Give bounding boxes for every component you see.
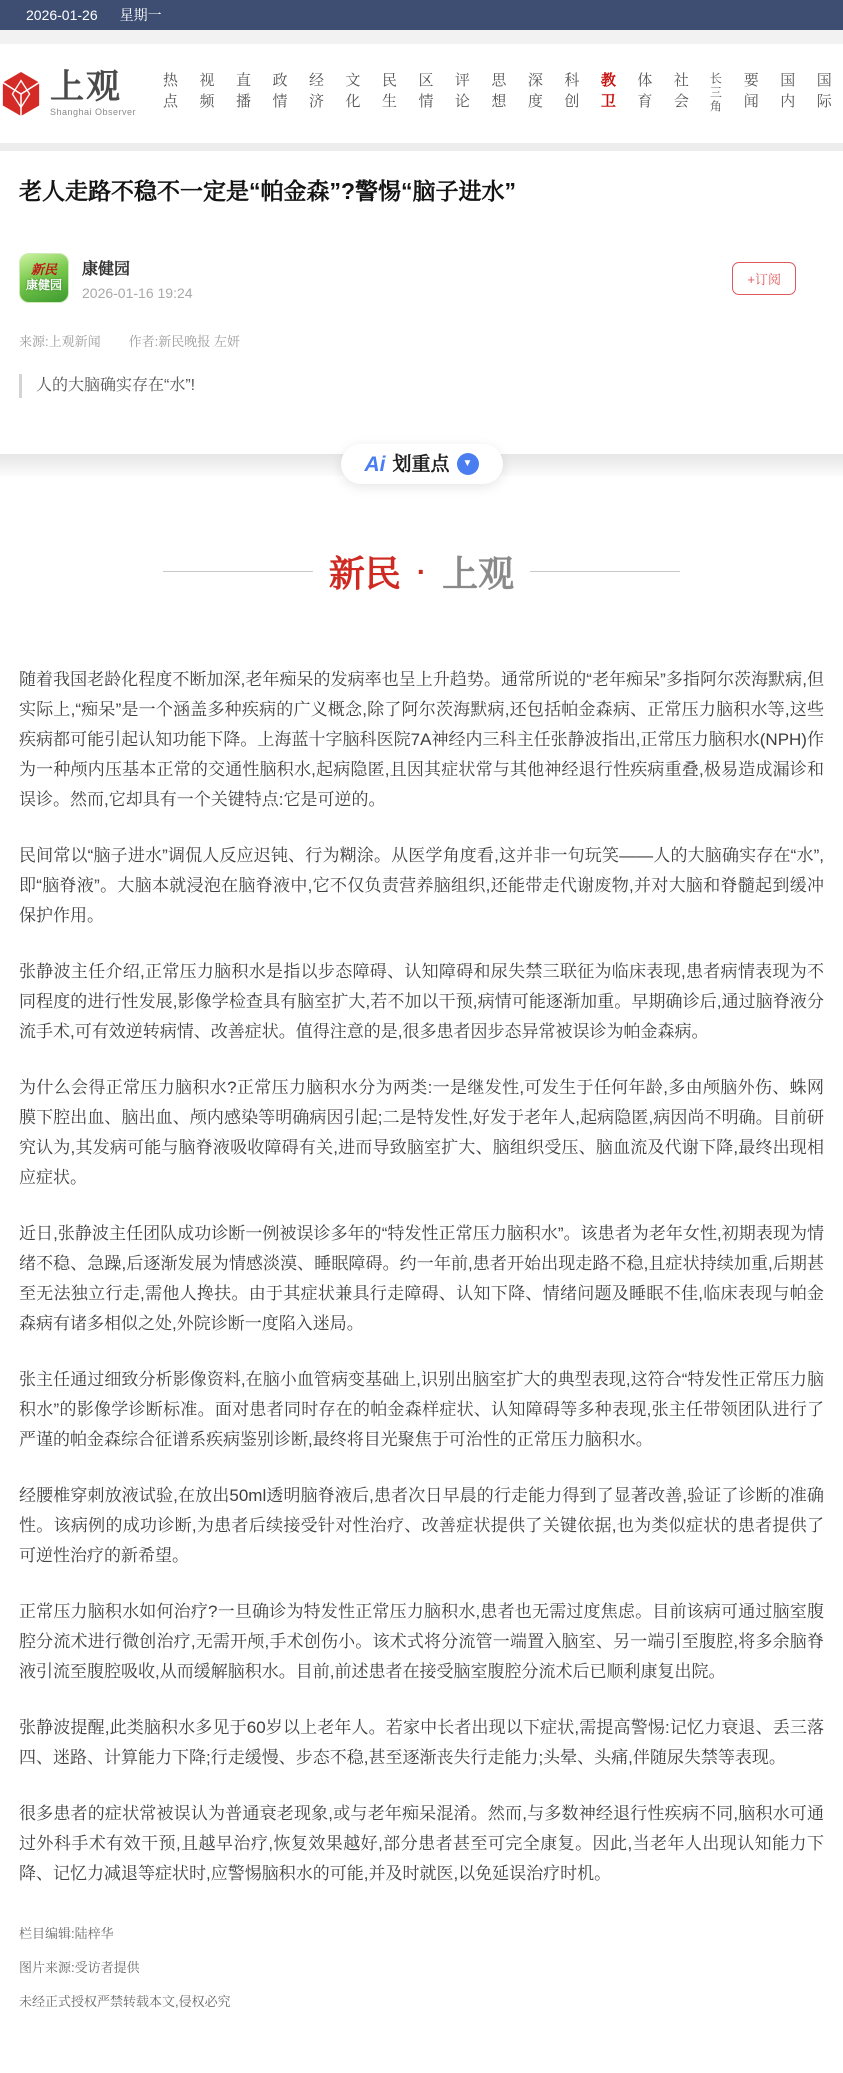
paragraph: 为什么会得正常压力脑积水?正常压力脑积水分为两类:一是继发性,可发生于任何年龄,… <box>19 1073 824 1193</box>
article-footer: 栏目编辑:陆梓华 图片来源:受访者提供 未经正式授权严禁转载本文,侵权必究 <box>19 1923 824 2073</box>
nav-item-depth[interactable]: 深度 <box>527 72 542 116</box>
article-container: 老人走路不稳不一定是“帕金森”?警惕“脑子进水” 新民 康健园 康健园 2026… <box>0 175 843 2073</box>
site-logo[interactable]: 上观 Shanghai Observer <box>0 70 136 117</box>
author-row: 新民 康健园 康健园 2026-01-16 19:24 +订阅 <box>19 253 824 303</box>
top-date-bar: 2026-01-26 星期一 <box>0 0 843 30</box>
paragraph: 经腰椎穿刺放液试验,在放出50ml透明脑脊液后,患者次日早晨的行走能力得到了显著… <box>19 1481 824 1571</box>
nav-item-economy[interactable]: 经济 <box>308 72 323 116</box>
brand-divider: 新民 · 上观 <box>19 546 824 597</box>
site-header: 上观 Shanghai Observer 热点 视频 直播 政情 经济 文化 民… <box>0 44 843 143</box>
ai-highlight-button[interactable]: Ai 划重点 ▼ <box>340 444 502 484</box>
current-date: 2026-01-26 <box>26 7 98 23</box>
source-line: 来源:上观新闻 作者:新民晚报 左妍 <box>19 331 824 350</box>
channel-avatar[interactable]: 新民 康健园 <box>19 253 69 303</box>
ai-highlight-section: Ai 划重点 ▼ <box>19 416 824 494</box>
lead-quote: 人的大脑确实存在“水”! <box>19 374 824 398</box>
divider-line-left <box>163 571 313 572</box>
channel-name[interactable]: 康健园 <box>82 256 193 279</box>
current-weekday: 星期一 <box>120 5 162 25</box>
ai-highlight-label: 划重点 <box>392 455 449 474</box>
paragraph: 随着我国老龄化程度不断加深,老年痴呆的发病率也呈上升趋势。通常所说的“老年痴呆”… <box>19 665 824 815</box>
editor-credit: 栏目编辑:陆梓华 <box>19 1923 824 1942</box>
nav-item-comment[interactable]: 评论 <box>454 72 469 116</box>
nav-item-yangtze-delta[interactable]: 长三角 <box>709 72 721 116</box>
logo-wordmark: 上观 <box>50 70 136 104</box>
nav-item-sports[interactable]: 体育 <box>636 72 651 116</box>
publish-datetime: 2026-01-16 19:24 <box>82 285 193 301</box>
nav-item-headlines[interactable]: 要闻 <box>743 72 758 116</box>
ai-logo-icon: Ai <box>364 454 385 475</box>
author-label: 作者:新民晚报 左妍 <box>129 331 240 350</box>
paragraph: 很多患者的症状常被误认为普通衰老现象,或与老年痴呆混淆。然而,与多数神经退行性疾… <box>19 1799 824 1889</box>
logo-subtitle: Shanghai Observer <box>50 107 136 117</box>
nav-item-hotspot[interactable]: 热点 <box>162 72 177 116</box>
gem-logo-icon <box>0 71 42 117</box>
nav-item-district[interactable]: 区情 <box>417 72 432 116</box>
copyright-notice: 未经正式授权严禁转载本文,侵权必究 <box>19 1991 824 2010</box>
paragraph: 张主任通过细致分析影像资料,在脑小血管病变基础上,识别出脑室扩大的典型表现,这符… <box>19 1365 824 1455</box>
avatar-brand-text: 新民 <box>31 263 57 279</box>
topbar-gap <box>0 30 843 44</box>
paragraph: 民间常以“脑子进水”调侃人反应迟钝、行为糊涂。从医学角度看,这并非一句玩笑——人… <box>19 841 824 931</box>
header-divider <box>0 143 843 151</box>
paragraph: 正常压力脑积水如何治疗?一旦确诊为特发性正常压力脑积水,患者也无需过度焦虑。目前… <box>19 1597 824 1687</box>
nav-item-thought[interactable]: 思想 <box>490 72 505 116</box>
divider-line-right <box>530 571 680 572</box>
nav-item-livelihood[interactable]: 民生 <box>381 72 396 116</box>
nav-item-domestic[interactable]: 国内 <box>779 72 794 116</box>
image-credit: 图片来源:受访者提供 <box>19 1957 824 1976</box>
nav-item-culture[interactable]: 文化 <box>344 72 359 116</box>
nav-item-society[interactable]: 社会 <box>673 72 688 116</box>
nav-item-politics[interactable]: 政情 <box>272 72 287 116</box>
brand-xinmin: 新民 <box>329 546 401 597</box>
article-body: 随着我国老龄化程度不断加深,老年痴呆的发病率也呈上升趋势。通常所说的“老年痴呆”… <box>19 665 824 1889</box>
author-meta: 康健园 2026-01-16 19:24 <box>82 256 193 301</box>
nav-item-live[interactable]: 直播 <box>235 72 250 116</box>
brand-dot: · <box>417 556 426 588</box>
article-title: 老人走路不稳不一定是“帕金森”?警惕“脑子进水” <box>19 175 824 207</box>
paragraph: 张静波提醒,此类脑积水多见于60岁以上老年人。若家中长者出现以下症状,需提高警惕… <box>19 1713 824 1773</box>
source-label: 来源:上观新闻 <box>19 331 101 350</box>
subscribe-button[interactable]: +订阅 <box>732 262 796 295</box>
brand-shangguan: 上观 <box>442 546 514 597</box>
chevron-down-icon: ▼ <box>457 453 479 475</box>
paragraph: 近日,张静波主任团队成功诊断一例被误诊多年的“特发性正常压力脑积水”。该患者为老… <box>19 1219 824 1339</box>
main-nav: 热点 视频 直播 政情 经济 文化 民生 区情 评论 思想 深度 科创 教卫 体… <box>162 72 843 116</box>
avatar-channel-text: 康健园 <box>26 278 62 294</box>
nav-item-education-health[interactable]: 教卫 <box>600 72 615 116</box>
paragraph: 张静波主任介绍,正常压力脑积水是指以步态障碍、认知障碍和尿失禁三联征为临床表现,… <box>19 957 824 1047</box>
nav-item-video[interactable]: 视频 <box>199 72 214 116</box>
nav-item-international[interactable]: 国际 <box>816 72 831 116</box>
nav-item-scitech[interactable]: 科创 <box>563 72 578 116</box>
